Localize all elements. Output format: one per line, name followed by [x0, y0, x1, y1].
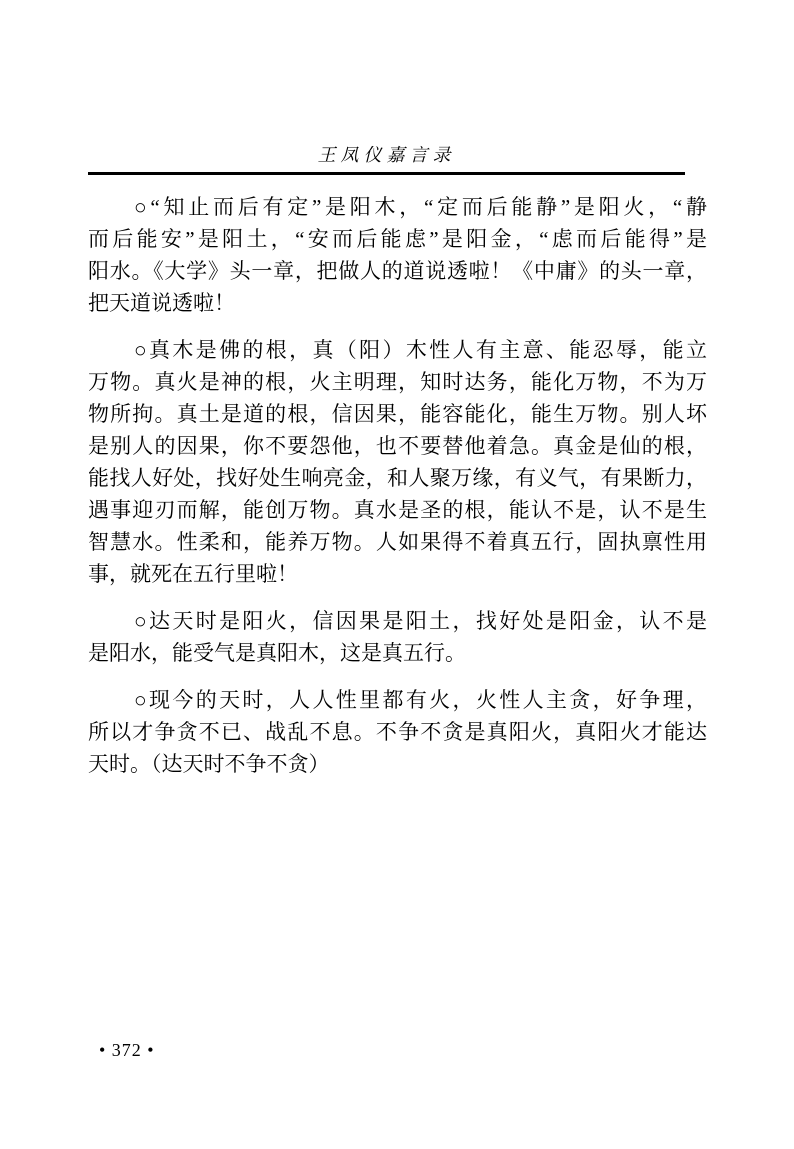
text-line: 是别人的因果，你不要怨他，也不要替他着急。真金是仙的根，: [88, 430, 707, 462]
text-line: 天时。（达天时不争不贪）: [88, 748, 707, 780]
paragraph: ○“知止而后有定”是阳木，“定而后能静”是阳火，“静 而后能安”是阳土，“安而后…: [88, 191, 707, 319]
text-line: ○达天时是阳火，信因果是阳土，找好处是阳金，认不是: [88, 605, 707, 637]
text-line: ○现今的天时，人人性里都有火，火性人主贪，好争理，: [88, 684, 707, 716]
text-line: 事，就死在五行里啦！: [88, 558, 707, 590]
text-line: 而后能安”是阳土，“安而后能虑”是阳金，“虑而后能得”是: [88, 223, 707, 255]
text-line: 物所拘。真土是道的根，信因果，能容能化，能生万物。别人坏: [88, 398, 707, 430]
text-line: 智慧水。性柔和，能养万物。人如果得不着真五行，固执禀性用: [88, 526, 707, 558]
running-head-title: 王凤仪嘉言录: [88, 141, 685, 167]
body-text: ○“知止而后有定”是阳木，“定而后能静”是阳火，“静 而后能安”是阳土，“安而后…: [88, 191, 707, 780]
header-rule: [88, 172, 685, 175]
page-footer: • 372 •: [99, 1040, 155, 1061]
text-line: 遇事迎刃而解，能创万物。真水是圣的根，能认不是，认不是生: [88, 494, 707, 526]
paragraph: ○现今的天时，人人性里都有火，火性人主贪，好争理， 所以才争贪不已、战乱不息。不…: [88, 684, 707, 780]
paragraph: ○真木是佛的根，真（阳）木性人有主意、能忍辱，能立 万物。真火是神的根，火主明理…: [88, 334, 707, 590]
text-line: 能找人好处，找好处生响亮金，和人聚万缘，有义气，有果断力，: [88, 462, 707, 494]
text-line: ○真木是佛的根，真（阳）木性人有主意、能忍辱，能立: [88, 334, 707, 366]
text-line: 把天道说透啦！: [88, 287, 707, 319]
page-number: • 372 •: [99, 1040, 155, 1060]
text-line: 是阳水，能受气是真阳木，这是真五行。: [88, 637, 707, 669]
paragraph: ○达天时是阳火，信因果是阳土，找好处是阳金，认不是 是阳水，能受气是真阳木，这是…: [88, 605, 707, 669]
text-line: 阳水。《大学》头一章，把做人的道说透啦！《中庸》的头一章，: [88, 255, 707, 287]
book-page: 王凤仪嘉言录 ○“知止而后有定”是阳木，“定而后能静”是阳火，“静 而后能安”是…: [0, 0, 794, 1149]
text-line: ○“知止而后有定”是阳木，“定而后能静”是阳火，“静: [88, 191, 707, 223]
text-line: 所以才争贪不已、战乱不息。不争不贪是真阳火，真阳火才能达: [88, 716, 707, 748]
text-line: 万物。真火是神的根，火主明理，知时达务，能化万物，不为万: [88, 366, 707, 398]
